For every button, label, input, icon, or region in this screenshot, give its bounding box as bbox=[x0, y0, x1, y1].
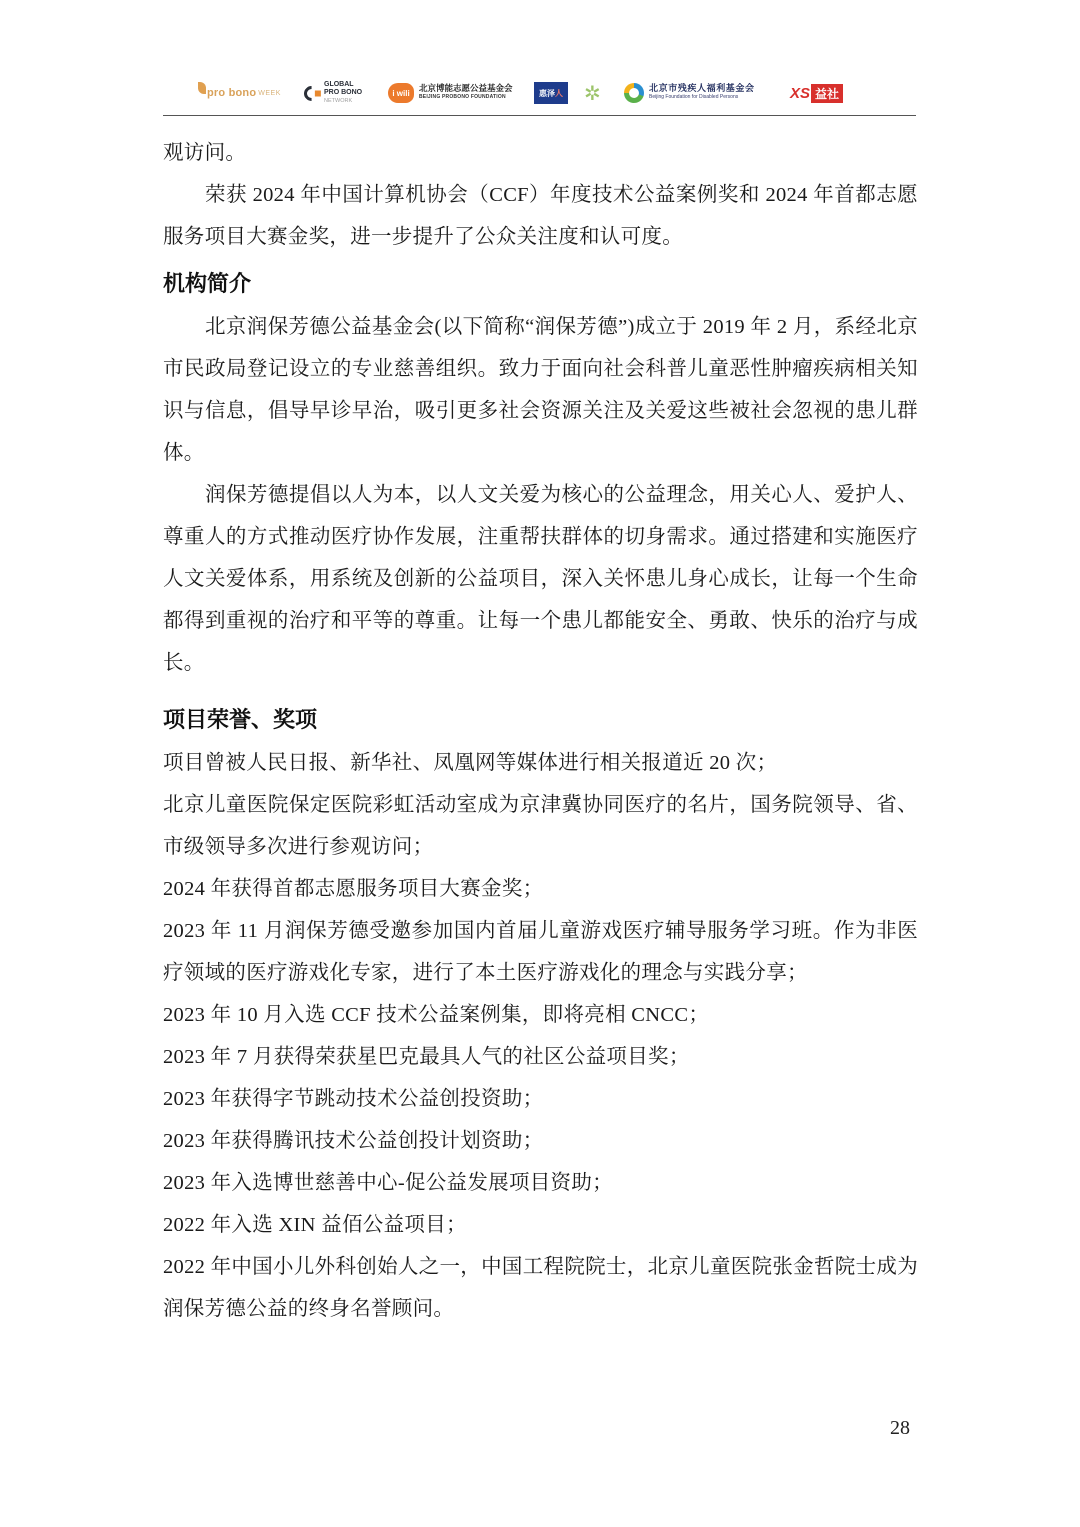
green-figure-logo: ✲ bbox=[584, 76, 610, 110]
huize-ren-logo: 惠泽人 bbox=[534, 76, 570, 110]
iwill-badge-icon: i wili bbox=[388, 83, 414, 103]
award-item: 2022 年中国小儿外科创始人之一，中国工程院院士，北京儿童医院张金哲院士成为润… bbox=[163, 1246, 918, 1330]
xs-mark-icon: XS bbox=[790, 85, 810, 102]
page-number: 28 bbox=[890, 1417, 910, 1440]
ring-icon bbox=[301, 82, 322, 103]
award-item: 2022 年入选 XIN 益佰公益项目； bbox=[163, 1204, 918, 1246]
award-item: 项目曾被人民日报、新华社、凤凰网等媒体进行相关报道近 20 次； bbox=[163, 742, 918, 784]
huize-text: 惠泽 bbox=[539, 88, 555, 99]
award-item: 2023 年获得腾讯技术公益创投计划资助； bbox=[163, 1120, 918, 1162]
gpbn-line2: PRO BONO bbox=[324, 89, 362, 97]
beijing-foundation-disabled-persons-logo: 北京市残疾人福利基金会 Beijing Foundation for Disab… bbox=[624, 76, 776, 110]
beijing-probono-foundation-logo: i wili 北京博能志愿公益基金会 BEIJING PROBONO FOUND… bbox=[388, 76, 520, 110]
flag-icon bbox=[198, 82, 206, 94]
huize-badge-icon: 惠泽人 bbox=[534, 82, 568, 104]
pro-bono-week-subtext: WEEK bbox=[258, 90, 281, 97]
bfdp-en-name: Beijing Foundation for Disabled Persons bbox=[649, 93, 755, 102]
award-item: 2023 年 11 月润保芳德受邀参加国内首届儿童游戏医疗辅导服务学习班。作为非… bbox=[163, 910, 918, 994]
section-title-organization-intro: 机构简介 bbox=[163, 264, 918, 306]
pro-bono-week-logo: pro bono WEEK bbox=[198, 76, 290, 110]
pro-bono-week-text: pro bono bbox=[207, 87, 256, 99]
huize-ren-text: 人 bbox=[555, 88, 563, 99]
awards-list: 项目曾被人民日报、新华社、凤凰网等媒体进行相关报道近 20 次； 北京儿童医院保… bbox=[163, 742, 918, 1330]
page-header: pro bono WEEK GLOBAL PRO BONO NETWORK i … bbox=[163, 70, 916, 116]
yishe-text: 益社 bbox=[811, 84, 843, 103]
bpf-en-name: BEIJING PROBONO FOUNDATION bbox=[419, 93, 513, 102]
gpbn-line1: GLOBAL bbox=[324, 81, 362, 89]
award-item: 北京儿童医院保定医院彩虹活动室成为京津冀协同医疗的名片，国务院领导、省、市级领导… bbox=[163, 784, 918, 868]
bfdp-cn-name: 北京市残疾人福利基金会 bbox=[649, 84, 755, 93]
header-divider bbox=[163, 115, 916, 116]
organization-paragraph-1: 北京润保芳德公益基金会(以下简称“润保芳德”)成立于 2019 年 2 月，系经… bbox=[163, 306, 918, 474]
gpbn-line3: NETWORK bbox=[324, 97, 362, 105]
figure-icon: ✲ bbox=[584, 83, 601, 103]
page-content: 观访问。 荣获 2024 年中国计算机协会（CCF）年度技术公益案例奖和 202… bbox=[163, 132, 918, 1330]
global-pro-bono-network-logo: GLOBAL PRO BONO NETWORK bbox=[304, 76, 374, 110]
intro-fragment: 观访问。 bbox=[163, 132, 918, 174]
partner-logos: pro bono WEEK GLOBAL PRO BONO NETWORK i … bbox=[198, 76, 876, 110]
intro-award-paragraph: 荣获 2024 年中国计算机协会（CCF）年度技术公益案例奖和 2024 年首都… bbox=[163, 174, 918, 258]
award-item: 2023 年获得字节跳动技术公益创投资助； bbox=[163, 1078, 918, 1120]
bpf-cn-name: 北京博能志愿公益基金会 bbox=[419, 84, 513, 93]
section-title-honors-awards: 项目荣誉、奖项 bbox=[163, 700, 918, 742]
organization-paragraph-2: 润保芳德提倡以人为本，以人文关爱为核心的公益理念，用关心人、爱护人、尊重人的方式… bbox=[163, 474, 918, 684]
award-item: 2023 年入选博世慈善中心-促公益发展项目资助； bbox=[163, 1162, 918, 1204]
award-item: 2023 年 7 月获得荣获星巴克最具人气的社区公益项目奖； bbox=[163, 1036, 918, 1078]
award-item: 2024 年获得首都志愿服务项目大赛金奖； bbox=[163, 868, 918, 910]
award-item: 2023 年 10 月入选 CCF 技术公益案例集，即将亮相 CNCC； bbox=[163, 994, 918, 1036]
circle-emblem-icon bbox=[624, 83, 644, 103]
yishe-logo: XS 益社 bbox=[790, 76, 862, 110]
